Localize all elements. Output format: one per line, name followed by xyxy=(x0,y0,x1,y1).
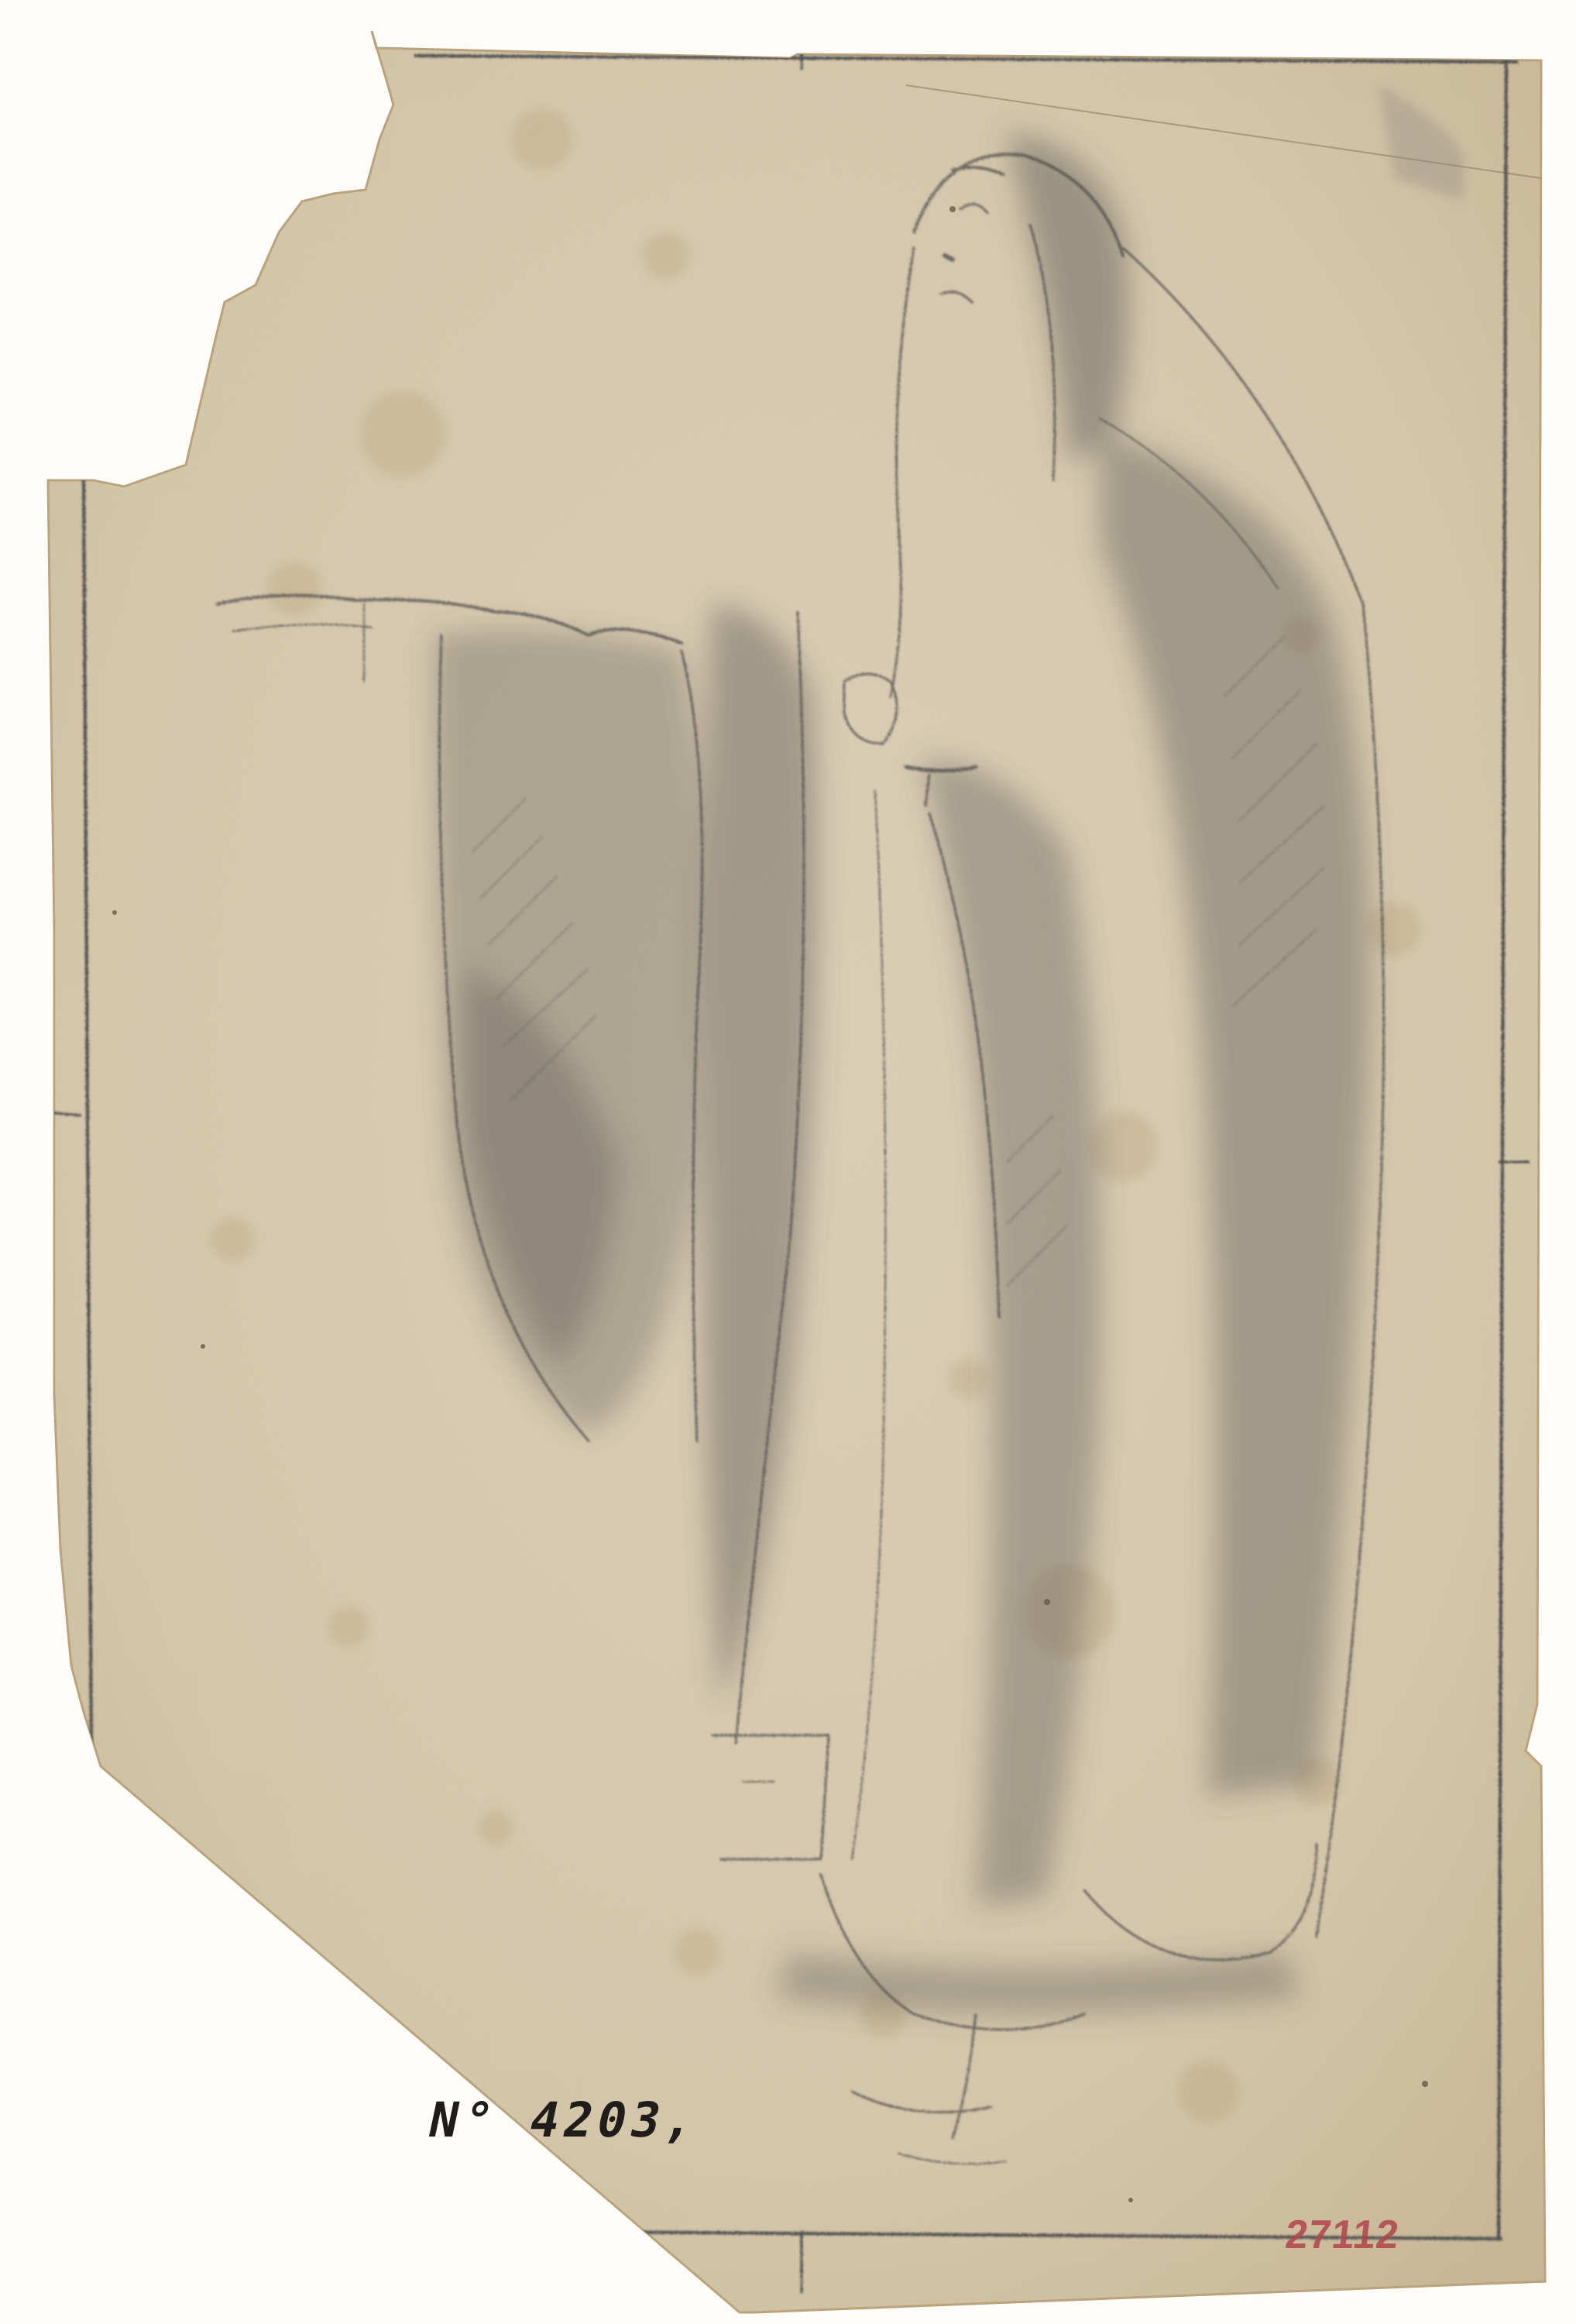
drawing-svg xyxy=(0,0,1576,2324)
red-stamp-number: 27112 xyxy=(1283,2212,1402,2258)
inventory-number-inscription: N° 4203, xyxy=(424,2092,704,2148)
drawing-sheet xyxy=(0,0,1576,2324)
